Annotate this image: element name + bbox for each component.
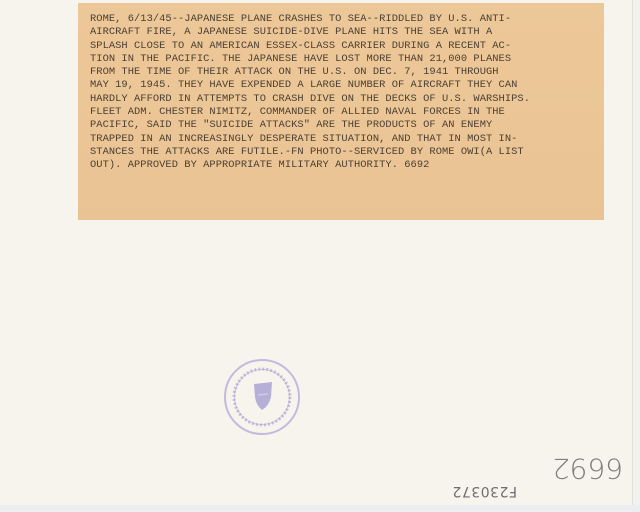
caption-line: SPLASH CLOSE TO AN AMERICAN ESSEX-CLASS … <box>90 40 604 53</box>
scan-edge-bottom <box>0 505 640 512</box>
shield-emblem-icon <box>252 381 274 411</box>
scan-edge-right <box>633 0 640 512</box>
photo-back-page: ROME, 6/13/45--JAPANESE PLANE CRASHES TO… <box>0 0 633 506</box>
caption-line: OUT). APPROVED BY APPROPRIATE MILITARY A… <box>90 159 604 172</box>
caption-line: ROME, 6/13/45--JAPANESE PLANE CRASHES TO… <box>90 13 604 26</box>
caption-line: AIRCRAFT FIRE, A JAPANESE SUICIDE-DIVE P… <box>90 26 604 39</box>
caption-line: PACIFIC, SAID THE "SUICIDE ATTACKS" ARE … <box>90 119 604 132</box>
handwritten-code: F230372 <box>452 483 517 499</box>
caption-line: FROM THE TIME OF THEIR ATTACK ON THE U.S… <box>90 66 604 79</box>
handwritten-number: 6692 <box>552 452 623 485</box>
caption-line: MAY 19, 1945. THEY HAVE EXPENDED A LARGE… <box>90 79 604 92</box>
caption-line: STANCES THE ATTACKS ARE FUTILE.-FN PHOTO… <box>90 146 604 159</box>
caption-line: HARDLY AFFORD IN ATTEMPTS TO CRASH DIVE … <box>90 93 604 106</box>
circular-seal-stamp <box>224 359 300 435</box>
caption-line: FLEET ADM. CHESTER NIMITZ, COMMANDER OF … <box>90 106 604 119</box>
caption-clipping: ROME, 6/13/45--JAPANESE PLANE CRASHES TO… <box>78 3 604 220</box>
caption-line: TRAPPED IN AN INCREASINGLY DESPERATE SIT… <box>90 133 604 146</box>
caption-line: TION IN THE PACIFIC. THE JAPANESE HAVE L… <box>90 53 604 66</box>
